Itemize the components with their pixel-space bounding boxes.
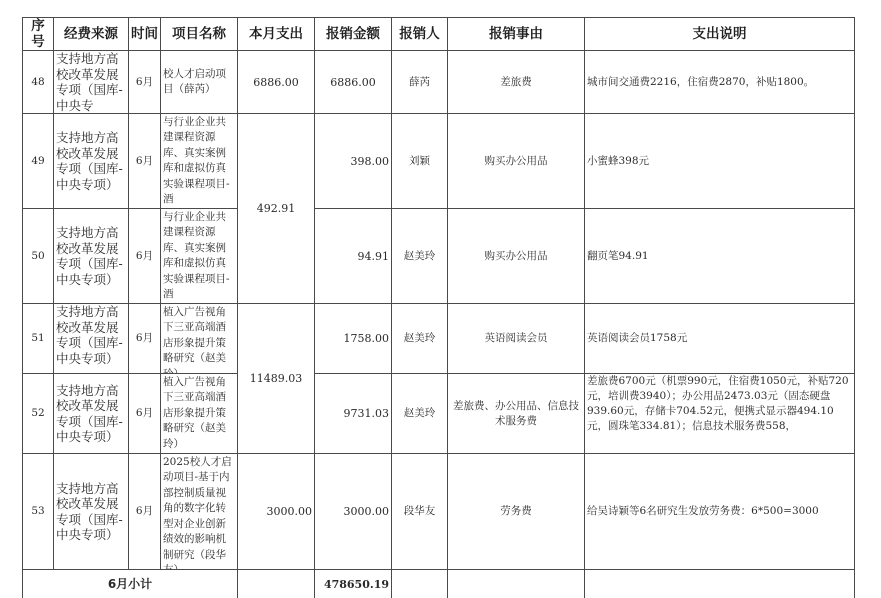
table-row: 51 支持地方高校改革发展专项（国库-中央专项） 6月 植入广告视角下三亚高端酒… bbox=[23, 304, 855, 374]
row-month: 6月 bbox=[129, 209, 161, 304]
row-description: 小蜜蜂398元 bbox=[585, 114, 855, 209]
row-reason: 购买办公用品 bbox=[448, 114, 585, 209]
row-project: 与行业企业共建课程资源库、真实案例库和虚拟仿真实验课程项目-酒 bbox=[163, 210, 235, 303]
row-index: 50 bbox=[23, 209, 54, 304]
row-index: 48 bbox=[23, 51, 54, 114]
row-reason: 英语阅读会员 bbox=[448, 304, 585, 374]
row-project: 与行业企业共建课程资源库、真实案例库和虚拟仿真实验课程项目-酒 bbox=[163, 115, 235, 208]
row-project: 校人才启动项目（薛芮） bbox=[161, 51, 238, 114]
row-source: 支持地方高校改革发展专项（国库-中央专项） bbox=[54, 374, 129, 454]
row-source: 支持地方高校改革发展专项（国库-中央专 bbox=[56, 51, 126, 112]
row-monthly-expense: 492.91 bbox=[238, 114, 315, 304]
row-claimant: 赵美玲 bbox=[392, 374, 448, 454]
row-amount: 94.91 bbox=[315, 209, 392, 304]
row-month: 6月 bbox=[129, 114, 161, 209]
header-source: 经费来源 bbox=[54, 18, 129, 51]
table-row: 49 支持地方高校改革发展专项（国库-中央专项） 6月 与行业企业共建课程资源库… bbox=[23, 114, 855, 209]
subtotal-monthly-expense bbox=[238, 570, 315, 598]
row-month: 6月 bbox=[129, 454, 161, 570]
row-claimant: 刘颖 bbox=[392, 114, 448, 209]
row-month: 6月 bbox=[129, 51, 161, 114]
subtotal-row: 6月小计 478650.19 bbox=[23, 570, 855, 598]
row-monthly-expense: 11489.03 bbox=[238, 304, 315, 454]
row-claimant: 段华友 bbox=[392, 454, 448, 570]
header-monthly-expense: 本月支出 bbox=[238, 18, 315, 51]
row-amount: 1758.00 bbox=[315, 304, 392, 374]
row-description: 城市间交通费2216，住宿费2870，补贴1800。 bbox=[585, 51, 855, 114]
row-claimant: 薛芮 bbox=[392, 51, 448, 114]
row-month: 6月 bbox=[129, 304, 161, 374]
row-reason: 劳务费 bbox=[448, 454, 585, 570]
row-source: 支持地方高校改革发展专项（国库-中央专项） bbox=[56, 304, 126, 372]
table-row: 48 支持地方高校改革发展专项（国库-中央专 6月 校人才启动项目（薛芮） 68… bbox=[23, 51, 855, 114]
row-claimant: 赵美玲 bbox=[392, 304, 448, 374]
row-amount: 9731.03 bbox=[315, 374, 392, 454]
row-index: 51 bbox=[23, 304, 54, 374]
row-source: 支持地方高校改革发展专项（国库-中央专项） bbox=[54, 454, 129, 570]
subtotal-description bbox=[585, 570, 855, 598]
header-amount: 报销金额 bbox=[315, 18, 392, 51]
row-description: 差旅费6700元（机票990元，住宿费1050元，补贴720元，培训费3940）… bbox=[587, 374, 852, 452]
row-description: 英语阅读会员1758元 bbox=[585, 304, 855, 374]
row-month: 6月 bbox=[129, 374, 161, 454]
row-amount: 398.00 bbox=[315, 114, 392, 209]
header-index: 序号 bbox=[23, 18, 54, 51]
subtotal-reason bbox=[448, 570, 585, 598]
table-row: 53 支持地方高校改革发展专项（国库-中央专项） 6月 2025校人才启动项目-… bbox=[23, 454, 855, 570]
expense-table: 序号 经费来源 时间 项目名称 本月支出 报销金额 报销人 报销事由 支出说明 … bbox=[22, 17, 855, 598]
row-index: 49 bbox=[23, 114, 54, 209]
row-project: 植入广告视角下三亚高端酒店形象提升策略研究（赵美玲） bbox=[163, 305, 235, 373]
header-row: 序号 经费来源 时间 项目名称 本月支出 报销金额 报销人 报销事由 支出说明 bbox=[23, 18, 855, 51]
row-source: 支持地方高校改革发展专项（国库-中央专项） bbox=[54, 114, 129, 209]
row-reason: 差旅费、办公用品、信息技术服务费 bbox=[448, 374, 585, 454]
row-claimant: 赵美玲 bbox=[392, 209, 448, 304]
row-reason: 购买办公用品 bbox=[448, 209, 585, 304]
table-row: 50 支持地方高校改革发展专项（国库-中央专项） 6月 与行业企业共建课程资源库… bbox=[23, 209, 855, 304]
row-index: 52 bbox=[23, 374, 54, 454]
header-month: 时间 bbox=[129, 18, 161, 51]
table-row: 52 支持地方高校改革发展专项（国库-中央专项） 6月 植入广告视角下三亚高端酒… bbox=[23, 374, 855, 454]
header-claimant: 报销人 bbox=[392, 18, 448, 51]
row-amount: 3000.00 bbox=[315, 454, 392, 570]
header-description: 支出说明 bbox=[585, 18, 855, 51]
row-reason: 差旅费 bbox=[448, 51, 585, 114]
header-project: 项目名称 bbox=[161, 18, 238, 51]
row-project: 植入广告视角下三亚高端酒店形象提升策略研究（赵美玲） bbox=[161, 374, 238, 454]
subtotal-claimant bbox=[392, 570, 448, 598]
row-description: 给吴诗颖等6名研究生发放劳务费：6*500=3000 bbox=[585, 454, 855, 570]
row-index: 53 bbox=[23, 454, 54, 570]
subtotal-label: 6月小计 bbox=[23, 570, 238, 598]
header-reason: 报销事由 bbox=[448, 18, 585, 51]
row-project: 2025校人才启动项目-基于内部控制质量视角的数字化转型对企业创新绩效的影响机制… bbox=[163, 455, 235, 569]
row-amount: 6886.00 bbox=[315, 51, 392, 114]
row-monthly-expense: 3000.00 bbox=[238, 454, 315, 570]
row-source: 支持地方高校改革发展专项（国库-中央专项） bbox=[54, 209, 129, 304]
row-description: 翻页笔94.91 bbox=[585, 209, 855, 304]
subtotal-amount: 478650.19 bbox=[315, 570, 392, 598]
row-monthly-expense: 6886.00 bbox=[238, 51, 315, 114]
